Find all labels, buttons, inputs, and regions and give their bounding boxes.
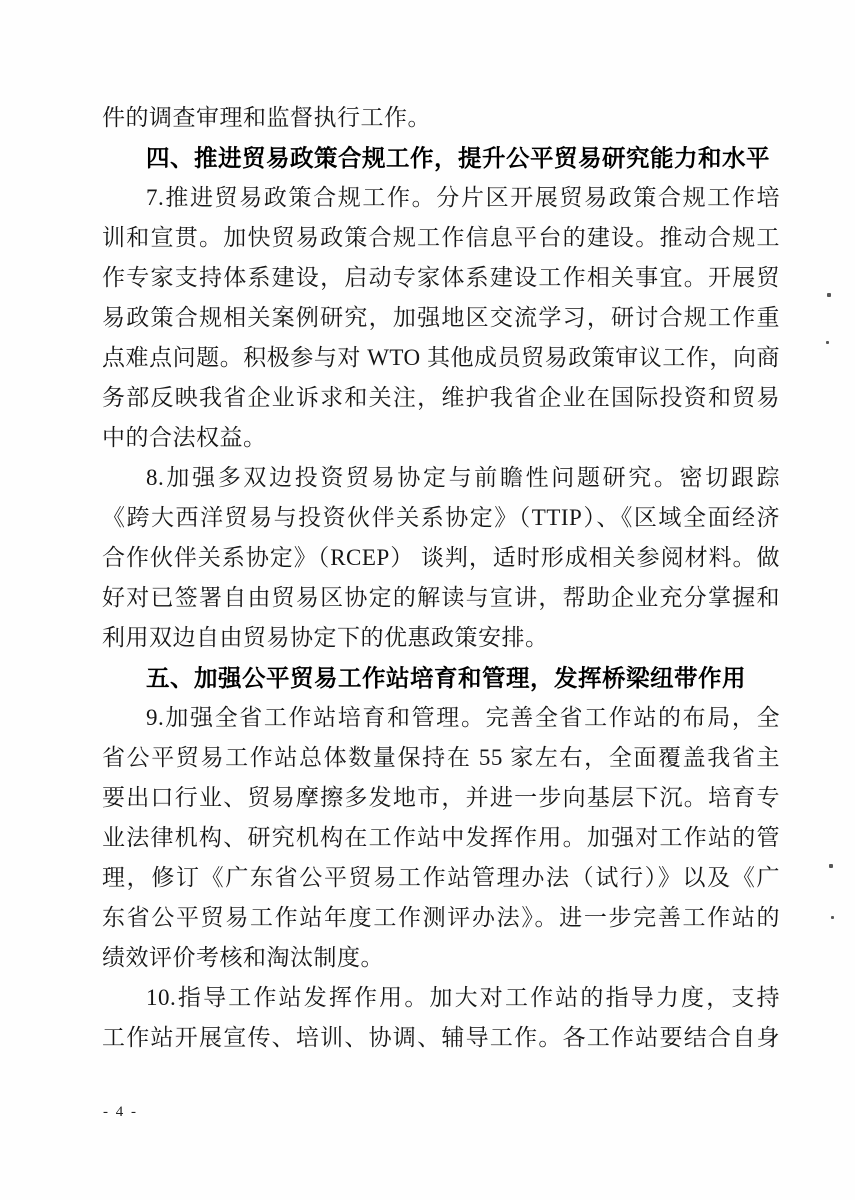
- text-line: 省公平贸易工作站总体数量保持在 55 家左右，全面覆盖我省主: [102, 738, 780, 778]
- text-line: 业法律机构、研究机构在工作站中发挥作用。加强对工作站的管: [102, 818, 780, 858]
- text-line: 理，修订《广东省公平贸易工作站管理办法（试行）》以及《广: [102, 858, 780, 898]
- text-line: 东省公平贸易工作站年度工作测评办法》。进一步完善工作站的: [102, 898, 780, 938]
- text-line: 作专家支持体系建设，启动专家体系建设工作相关事宜。开展贸: [102, 258, 780, 298]
- text-line: 7.推进贸易政策合规工作。分片区开展贸易政策合规工作培: [102, 178, 780, 218]
- text-line: 点难点问题。积极参与对 WTO 其他成员贸易政策审议工作，向商: [102, 338, 780, 378]
- section-heading: 四、推进贸易政策合规工作，提升公平贸易研究能力和水平: [102, 138, 780, 178]
- text-line: 工作站开展宣传、培训、协调、辅导工作。各工作站要结合自身: [102, 1018, 780, 1058]
- text-line: 件的调查审理和监督执行工作。: [102, 98, 780, 138]
- text-line: 绩效评价考核和淘汰制度。: [102, 938, 780, 978]
- text-line: 8.加强多双边投资贸易协定与前瞻性问题研究。密切跟踪: [102, 458, 780, 498]
- section-heading: 五、加强公平贸易工作站培育和管理，发挥桥梁纽带作用: [102, 658, 780, 698]
- text-line: 10.指导工作站发挥作用。加大对工作站的指导力度，支持: [102, 978, 780, 1018]
- text-line: 好对已签署自由贸易区协定的解读与宣讲，帮助企业充分掌握和: [102, 578, 780, 618]
- scan-speck: [827, 293, 831, 297]
- page-number: - 4 -: [103, 1104, 138, 1121]
- scan-speck: [831, 916, 834, 919]
- text-line: 利用双边自由贸易协定下的优惠政策安排。: [102, 618, 780, 658]
- document-body: 件的调查审理和监督执行工作。 四、推进贸易政策合规工作，提升公平贸易研究能力和水…: [102, 98, 780, 1058]
- text-line: 务部反映我省企业诉求和关注，维护我省企业在国际投资和贸易: [102, 378, 780, 418]
- text-line: 易政策合规相关案例研究，加强地区交流学习，研讨合规工作重: [102, 298, 780, 338]
- scan-speck: [826, 341, 829, 344]
- text-line: 训和宣贯。加快贸易政策合规工作信息平台的建设。推动合规工: [102, 218, 780, 258]
- text-line: 要出口行业、贸易摩擦多发地市，并进一步向基层下沉。培育专: [102, 778, 780, 818]
- scan-speck: [829, 864, 833, 868]
- text-line: 9.加强全省工作站培育和管理。完善全省工作站的布局，全: [102, 698, 780, 738]
- text-line: 合作伙伴关系协定》（RCEP） 谈判，适时形成相关参阅材料。做: [102, 538, 780, 578]
- text-line: 《跨大西洋贸易与投资伙伴关系协定》（TTIP）、《区域全面经济: [102, 498, 780, 538]
- document-page: 件的调查审理和监督执行工作。 四、推进贸易政策合规工作，提升公平贸易研究能力和水…: [0, 0, 855, 1200]
- text-line: 中的合法权益。: [102, 418, 780, 458]
